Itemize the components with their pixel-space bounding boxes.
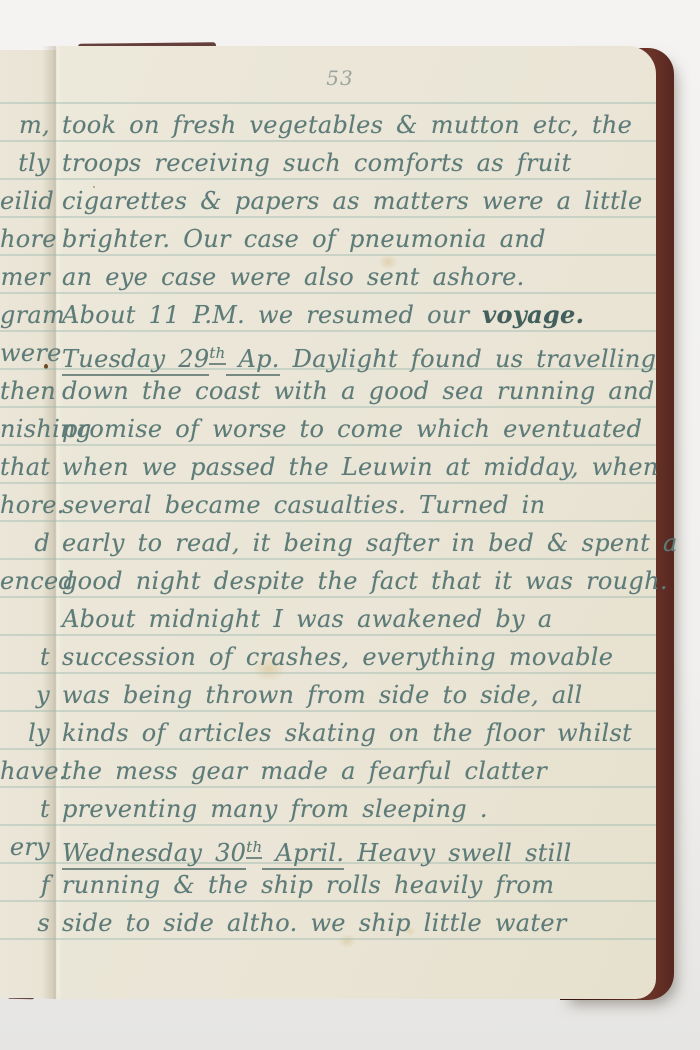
- diary-book: 53 m,took on fresh vegetables & mutton e…: [0, 40, 674, 1008]
- diary-page: [56, 46, 656, 999]
- photo-backdrop: { "page": { "number": "53", "ink_color":…: [0, 0, 700, 1050]
- facing-page-edge: [0, 50, 56, 998]
